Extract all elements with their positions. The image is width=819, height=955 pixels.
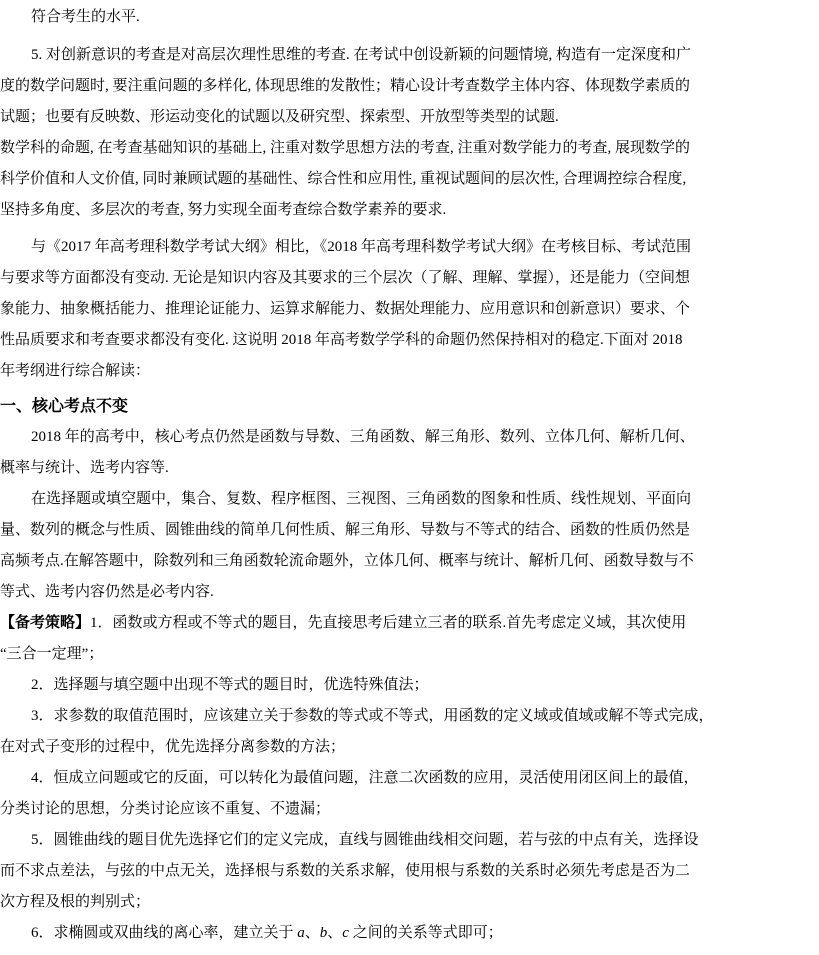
strategy-label: 【备考策略】 xyxy=(0,615,90,631)
text-line: 象能力、抽象概括能力、推理论证能力、运算求解能力、数据处理能力、应用意识和创新意… xyxy=(0,294,819,325)
text-line: 等式、选考内容仍然是必考内容. xyxy=(0,577,819,608)
math-var-c: c xyxy=(342,925,349,941)
text-line: 试题；也要有反映数、形运动变化的试题以及研究型、探索型、开放型等类型的试题. xyxy=(0,102,819,133)
strategy-line: 【备考策略】1．函数或方程或不等式的题目，先直接思考后建立三者的联系.首先考虑定… xyxy=(0,608,819,639)
text-line: 量、数列的概念与性质、圆锥曲线的简单几何性质、解三角形、导数与不等式的结合、函数… xyxy=(0,515,819,546)
text-line: 在选择题或填空题中，集合、复数、程序框图、三视图、三角函数的图象和性质、线性规划… xyxy=(0,484,819,515)
text-segment: 之间的关系等式即可； xyxy=(349,925,503,941)
text-segment: 6．求椭圆或双曲线的离心率，建立关于 xyxy=(31,925,297,941)
text-line: 概率与统计、选考内容等. xyxy=(0,453,819,484)
text-line: 5. 对创新意识的考查是对高层次理性思维的考查. 在考试中创设新颖的问题情境, … xyxy=(0,40,819,71)
text-line: “三合一定理”； xyxy=(0,639,819,670)
text-line: 而不求点差法，与弦的中点无关，选择根与系数的关系求解，使用根与系数的关系时必须先… xyxy=(0,856,819,887)
text-line: 在对式子变形的过程中，优先选择分离参数的方法； xyxy=(0,732,819,763)
strategy-text: 1．函数或方程或不等式的题目，先直接思考后建立三者的联系.首先考虑定义域，其次使… xyxy=(90,615,686,631)
text-line: 2018 年的高考中，核心考点仍然是函数与导数、三角函数、解三角形、数列、立体几… xyxy=(0,422,819,453)
text-line: 高频考点.在解答题中，除数列和三角函数轮流命题外，立体几何、概率与统计、解析几何… xyxy=(0,546,819,577)
eccentricity-line: 6．求椭圆或双曲线的离心率，建立关于 a、b、c 之间的关系等式即可； xyxy=(0,918,819,949)
document-page: 符合考生的水平. 5. 对创新意识的考查是对高层次理性思维的考查. 在考试中创设… xyxy=(0,0,819,955)
text-line: 5．圆锥曲线的题目优先选择它们的定义完成，直线与圆锥曲线相交问题，若与弦的中点有… xyxy=(0,825,819,856)
text-line: 分类讨论的思想，分类讨论应该不重复、不遗漏； xyxy=(0,794,819,825)
text-line: 与要求等方面都没有变动. 无论是知识内容及其要求的三个层次（了解、理解、掌握），… xyxy=(0,263,819,294)
text-segment: 、 xyxy=(305,925,320,941)
text-line: 度的数学问题时, 要注重问题的多样化, 体现思维的发散性；精心设计考查数学主体内… xyxy=(0,71,819,102)
math-var-a: a xyxy=(297,925,305,941)
text-line: 次方程及根的判别式； xyxy=(0,887,819,918)
text-line: 科学价值和人文价值, 同时兼顾试题的基础性、综合性和应用性, 重视试题间的层次性… xyxy=(0,164,819,195)
section-heading: 一、核心考点不变 xyxy=(0,391,819,422)
text-line: 符合考生的水平. xyxy=(0,2,819,33)
text-segment: 、 xyxy=(327,925,342,941)
text-line: 性品质要求和考查要求都没有变化. 这说明 2018 年高考数学学科的命题仍然保持… xyxy=(0,325,819,356)
text-line: 坚持多角度、多层次的考查, 努力实现全面考查综合数学素养的要求. xyxy=(0,195,819,226)
text-line: 与《2017 年高考理科数学考试大纲》相比，《2018 年高考理科数学考试大纲》… xyxy=(0,232,819,263)
text-line: 4．恒成立问题或它的反面，可以转化为最值问题，注意二次函数的应用，灵活使用闭区间… xyxy=(0,763,819,794)
text-line: 数学科的命题, 在考查基础知识的基础上, 注重对数学思想方法的考查, 注重对数学… xyxy=(0,133,819,164)
text-line: 2．选择题与填空题中出现不等式的题目时，优选特殊值法； xyxy=(0,670,819,701)
text-line: 年考纲进行综合解读： xyxy=(0,356,819,387)
text-line: 3．求参数的取值范围时，应该建立关于参数的等式或不等式，用函数的定义域或值域或解… xyxy=(0,701,819,732)
